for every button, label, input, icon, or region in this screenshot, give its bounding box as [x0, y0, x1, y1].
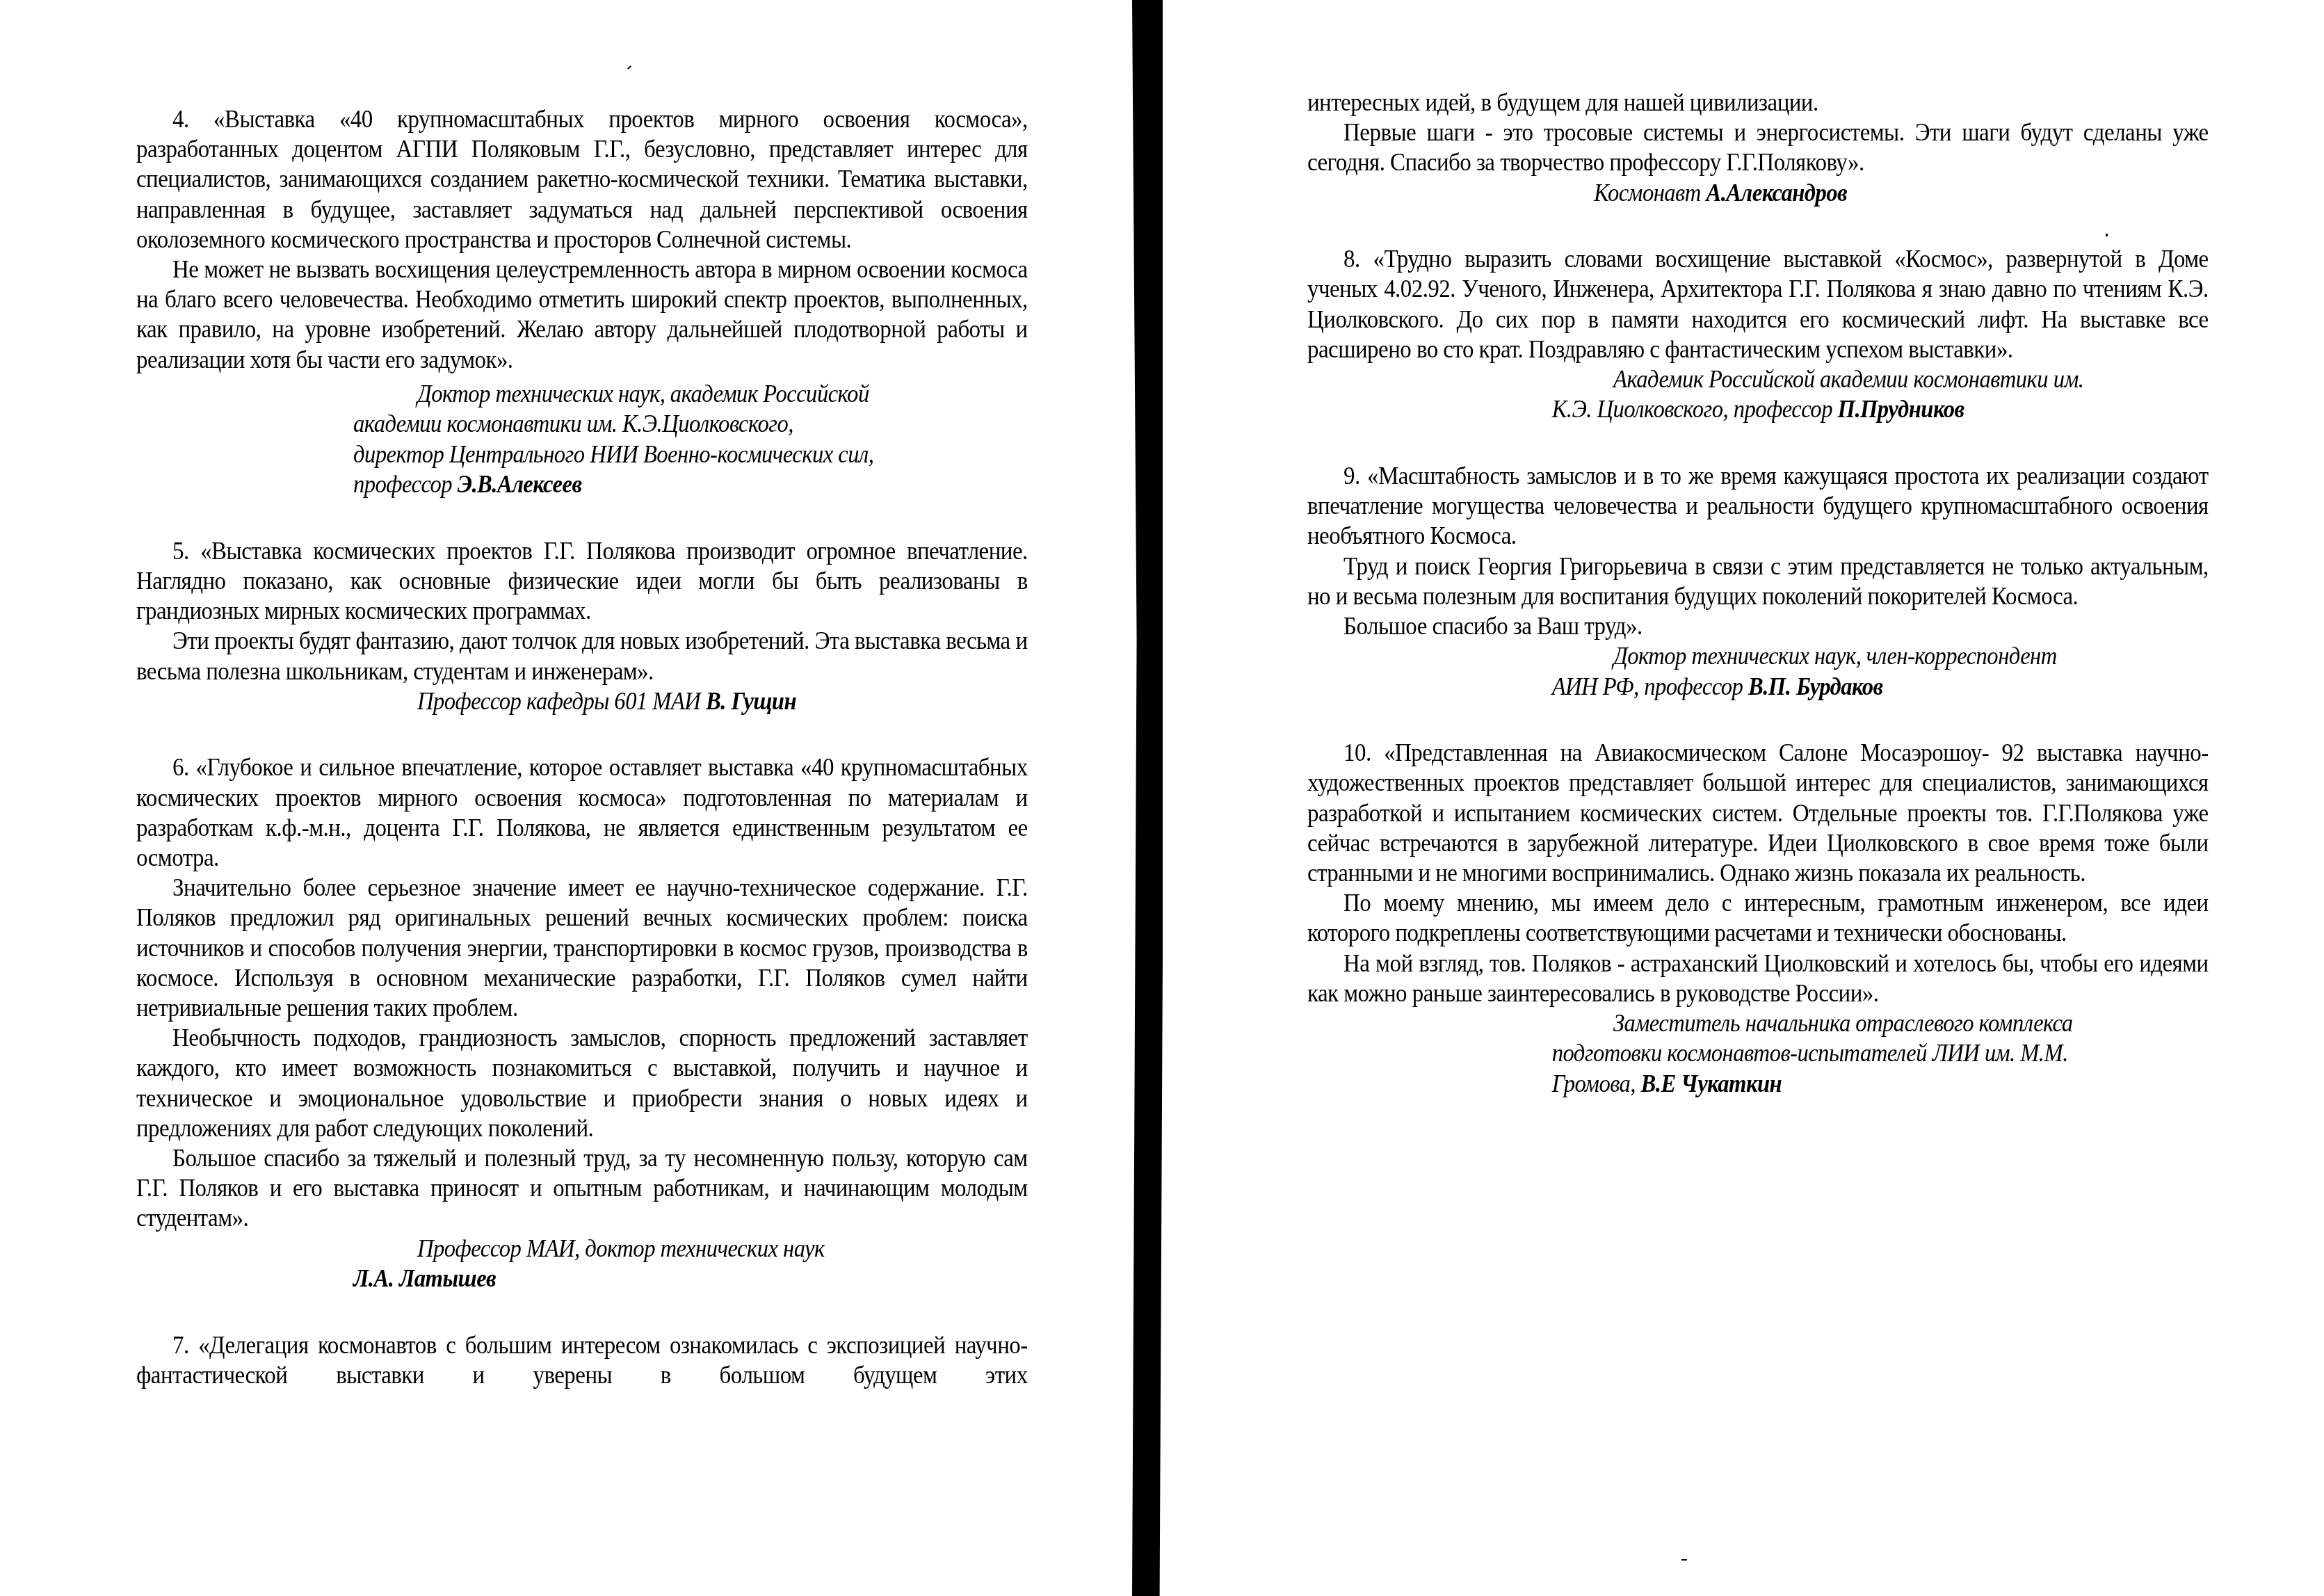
review-entry-6: 6. «Глубокое и сильное впечатление, кото… — [136, 752, 1028, 1293]
signature-title: Космонавт — [1594, 179, 1701, 207]
signature-block: Профессор кафедры 601 МАИ В. Гущин — [417, 686, 979, 717]
signature-line: Заместитель начальника отраслевого компл… — [1613, 1008, 2161, 1039]
signature-name-line: Профессор кафедры 601 МАИ В. Гущин — [417, 686, 979, 717]
review-entry-7-continued: интересных идей, в будущем для нашей цив… — [1307, 88, 2209, 208]
paragraph: 6. «Глубокое и сильное впечатление, кото… — [136, 752, 1028, 873]
signature-name: В. Гущин — [706, 687, 796, 715]
right-page-column: интересных идей, в будущем для нашей цив… — [1307, 88, 2209, 1099]
paragraph: 10. «Представленная на Авиакосмическом С… — [1307, 738, 2209, 888]
paragraph: 8. «Трудно выразить словами восхищение в… — [1307, 244, 2209, 364]
signature-block: Профессор МАИ, доктор технических наук Л… — [417, 1234, 979, 1294]
signature-line: Профессор МАИ, доктор технических наук — [417, 1234, 979, 1264]
review-entry-7: 7. «Делегация космонавтов с большим инте… — [136, 1330, 1028, 1390]
signature-title: Громова, — [1552, 1070, 1636, 1097]
review-entry-10: 10. «Представленная на Авиакосмическом С… — [1307, 738, 2209, 1099]
review-entry-8: 8. «Трудно выразить словами восхищение в… — [1307, 244, 2209, 425]
paragraph: Эти проекты будят фантазию, дают толчок … — [136, 626, 1028, 686]
signature-line: академии космонавтики им. К.Э.Циолковско… — [353, 409, 979, 440]
paragraph: 5. «Выставка космических проектов Г.Г. П… — [136, 536, 1028, 627]
left-page: 4. «Выставка «40 крупномасштабных проект… — [0, 0, 1106, 1596]
paragraph: Первые шаги - это тросовые системы и эне… — [1307, 118, 2209, 177]
signature-name: Л.А. Латышев — [353, 1264, 496, 1292]
review-entry-5: 5. «Выставка космических проектов Г.Г. П… — [136, 536, 1028, 717]
book-binding-shadow — [1132, 0, 1163, 1596]
signature-line: Доктор технических наук, член-корреспонд… — [1613, 641, 2161, 672]
signature-title: К.Э. Циолковского, профессор — [1552, 395, 1832, 423]
signature-name-line: Громова, В.Е Чукаткин — [1552, 1069, 2161, 1099]
signature-name-line: АИН РФ, профессор В.П. Бурдаков — [1552, 672, 2161, 702]
paragraph: Не может не вызвать восхищения целеустре… — [136, 255, 1028, 375]
signature-block: Космонавт А.Александров — [1594, 178, 2159, 209]
signature-name: В.П. Бурдаков — [1748, 672, 1883, 700]
paragraph: Труд и поиск Георгия Григорьевича в связ… — [1307, 551, 2209, 611]
paragraph: Значительно более серьезное значение име… — [136, 873, 1028, 1023]
paragraph: Большое спасибо за тяжелый и полезный тр… — [136, 1143, 1028, 1234]
signature-line: подготовки космонавтов-испытателей ЛИИ и… — [1552, 1038, 2161, 1069]
signature-block: Доктор технических наук, академик Россий… — [417, 379, 979, 500]
review-entry-9: 9. «Масштабность замыслов и в то же врем… — [1307, 461, 2209, 702]
signature-title: АИН РФ, профессор — [1552, 672, 1743, 700]
paragraph: По моему мнению, мы имеем дело с интерес… — [1307, 888, 2209, 948]
signature-name-line: Л.А. Латышев — [353, 1264, 979, 1294]
paragraph: интересных идей, в будущем для нашей цив… — [1307, 88, 2209, 118]
paragraph: 4. «Выставка «40 крупномасштабных проект… — [136, 104, 1028, 255]
signature-name: А.Александров — [1706, 179, 1847, 207]
signature-name-line: Космонавт А.Александров — [1594, 178, 2159, 209]
signature-block: Заместитель начальника отраслевого компл… — [1613, 1008, 2161, 1099]
paragraph: Большое спасибо за Ваш труд». — [1307, 611, 2209, 641]
signature-name-line: К.Э. Циолковского, профессор П.Прудников — [1552, 394, 2161, 425]
paragraph: На мой взгляд, тов. Поляков - астраханск… — [1307, 949, 2209, 1008]
review-entry-4: 4. «Выставка «40 крупномасштабных проект… — [136, 104, 1028, 500]
paragraph: Необычность подходов, грандиозность замы… — [136, 1023, 1028, 1143]
signature-name: В.Е Чукаткин — [1641, 1070, 1782, 1097]
signature-line: Доктор технических наук, академик Россий… — [417, 379, 979, 410]
signature-title: Профессор кафедры 601 МАИ — [417, 687, 700, 715]
signature-block: Доктор технических наук, член-корреспонд… — [1613, 641, 2161, 702]
signature-line: директор Центрального НИИ Военно-космиче… — [353, 440, 979, 470]
right-page: интересных идей, в будущем для нашей цив… — [1196, 0, 2324, 1596]
signature-name: Э.В.Алексеев — [458, 470, 582, 498]
signature-title: профессор — [353, 470, 452, 498]
signature-block: Академик Российской академии космонавтик… — [1613, 364, 2161, 425]
signature-line: Академик Российской академии космонавтик… — [1613, 364, 2161, 395]
signature-name-line: профессор Э.В.Алексеев — [353, 469, 979, 500]
paragraph: 7. «Делегация космонавтов с большим инте… — [136, 1330, 1028, 1390]
signature-name: П.Прудников — [1838, 395, 1964, 423]
left-page-column: 4. «Выставка «40 крупномасштабных проект… — [136, 104, 1028, 1390]
paragraph: 9. «Масштабность замыслов и в то же врем… — [1307, 461, 2209, 551]
